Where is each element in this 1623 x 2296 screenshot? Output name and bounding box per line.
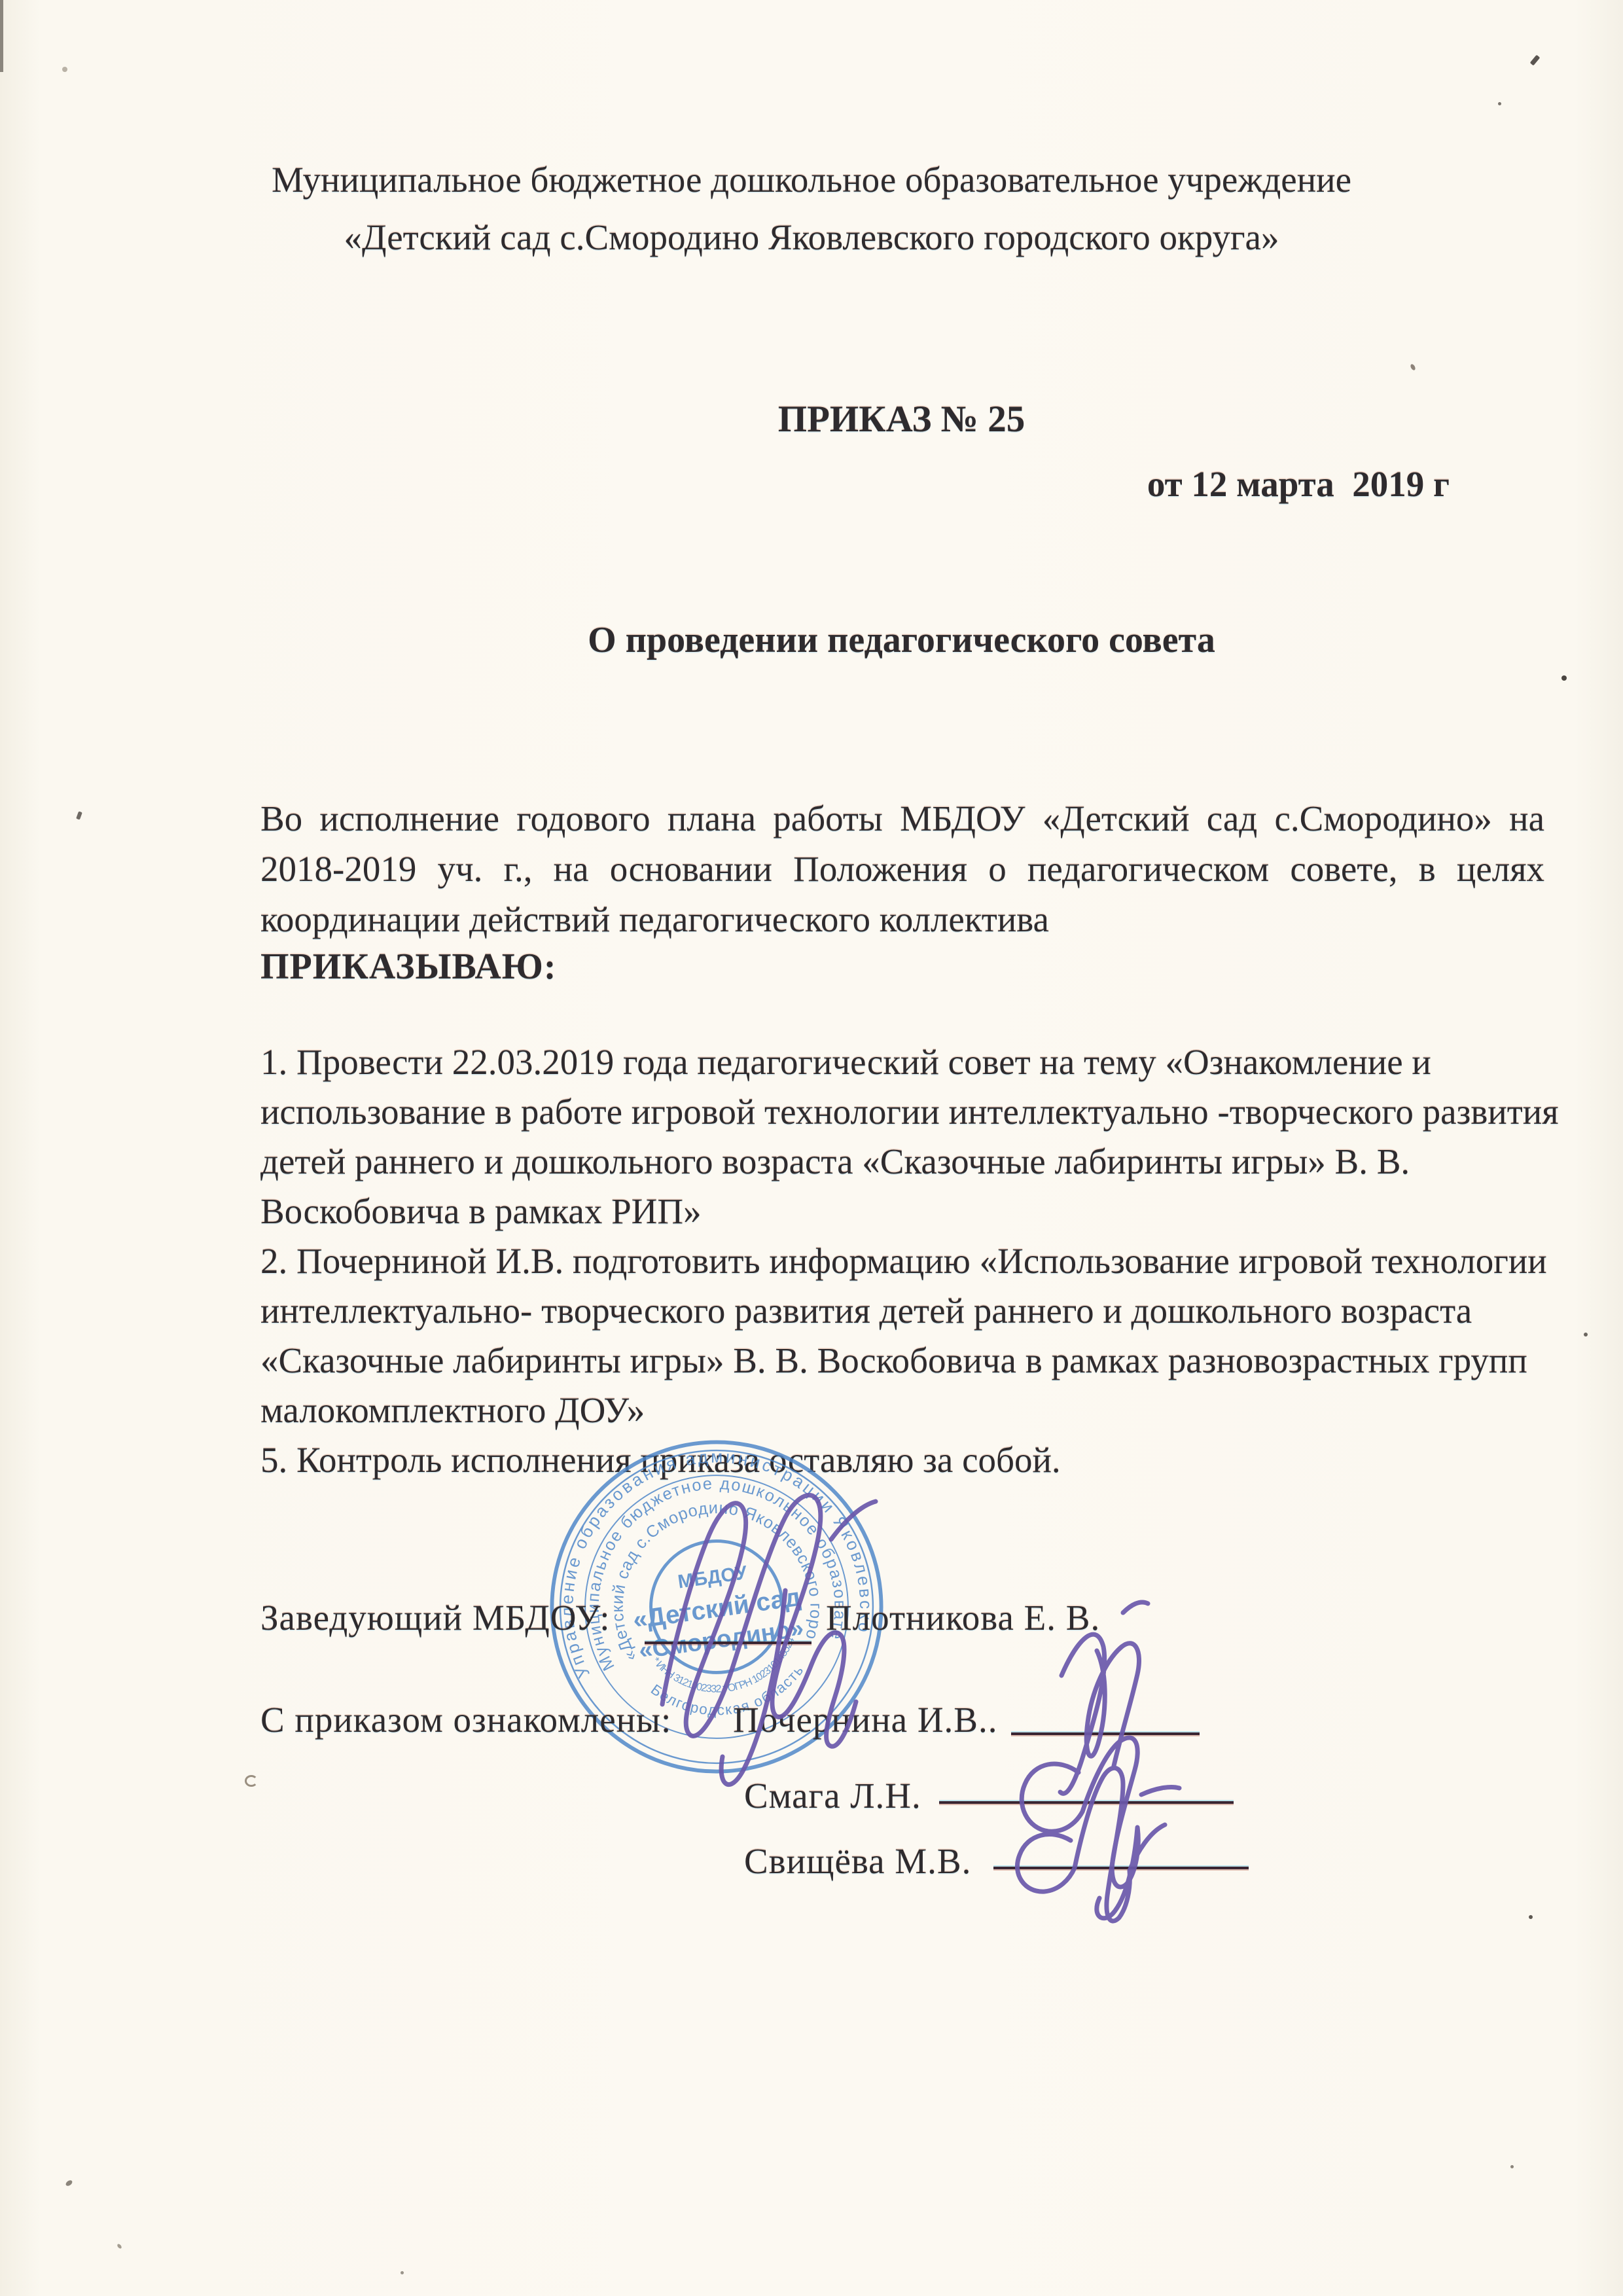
- scan-speck: [1410, 363, 1416, 371]
- scan-speck: [116, 2243, 122, 2249]
- scan-speck: [401, 2271, 404, 2274]
- ack-signature-line-3: [993, 1867, 1249, 1869]
- institution-name-line2: «Детский сад с.Смородино Яковлевского го…: [0, 209, 1623, 266]
- document-page: Муниципальное бюджетное дошкольное образ…: [0, 0, 1623, 2296]
- scan-speck: [0, 0, 3, 72]
- stamp-center-line1: МБДОУ: [677, 1562, 749, 1593]
- head-signature-line: [645, 1641, 811, 1644]
- scan-speck: [76, 811, 82, 819]
- svishcheva-signature: [1017, 1768, 1179, 1921]
- order-date: от 12 марта 2019 г: [259, 463, 1450, 505]
- scan-speck: [1561, 675, 1567, 681]
- decree-word: ПРИКАЗЫВАЮ:: [260, 946, 557, 988]
- institution-name-line1: Муниципальное бюджетное дошкольное образ…: [0, 152, 1623, 208]
- head-signature-name: Плотникова Е. В.: [826, 1597, 1100, 1638]
- scan-speck: [1498, 102, 1501, 105]
- scan-speck: [62, 67, 67, 72]
- scan-speck: [1530, 55, 1541, 66]
- scan-speck: [1510, 2165, 1514, 2168]
- scan-speck: [245, 1775, 258, 1787]
- order-title: ПРИКАЗ № 25: [259, 398, 1544, 440]
- ack-name-1: Почернина И.В..: [733, 1699, 998, 1740]
- head-signature-label: Заведующий МБДОУ:: [260, 1597, 611, 1638]
- ack-signature-line-2: [939, 1801, 1234, 1804]
- ack-name-3: Свищёва М.В.: [744, 1840, 971, 1882]
- ack-name-2: Смага Л.Н.: [744, 1775, 921, 1816]
- order-item-3: 5. Контроль исполнения приказа оставляю …: [260, 1435, 1560, 1485]
- order-subject: О проведении педагогического совета: [259, 619, 1544, 661]
- ack-label: С приказом ознакомлены:: [260, 1699, 671, 1740]
- scan-speck: [1529, 1915, 1533, 1919]
- smaga-signature: [1022, 1738, 1138, 1918]
- scan-speck: [65, 2179, 73, 2187]
- order-preamble: Во исполнение годового плана работы МБДО…: [260, 793, 1544, 944]
- order-items: 1. Провести 22.03.2019 года педагогическ…: [260, 1037, 1560, 1485]
- scan-speck: [1584, 1333, 1588, 1336]
- order-item-2: 2. Почерниной И.В. подготовить информаци…: [260, 1236, 1560, 1435]
- order-item-1: 1. Провести 22.03.2019 года педагогическ…: [260, 1037, 1560, 1236]
- ack-signature-line-1: [1011, 1732, 1200, 1735]
